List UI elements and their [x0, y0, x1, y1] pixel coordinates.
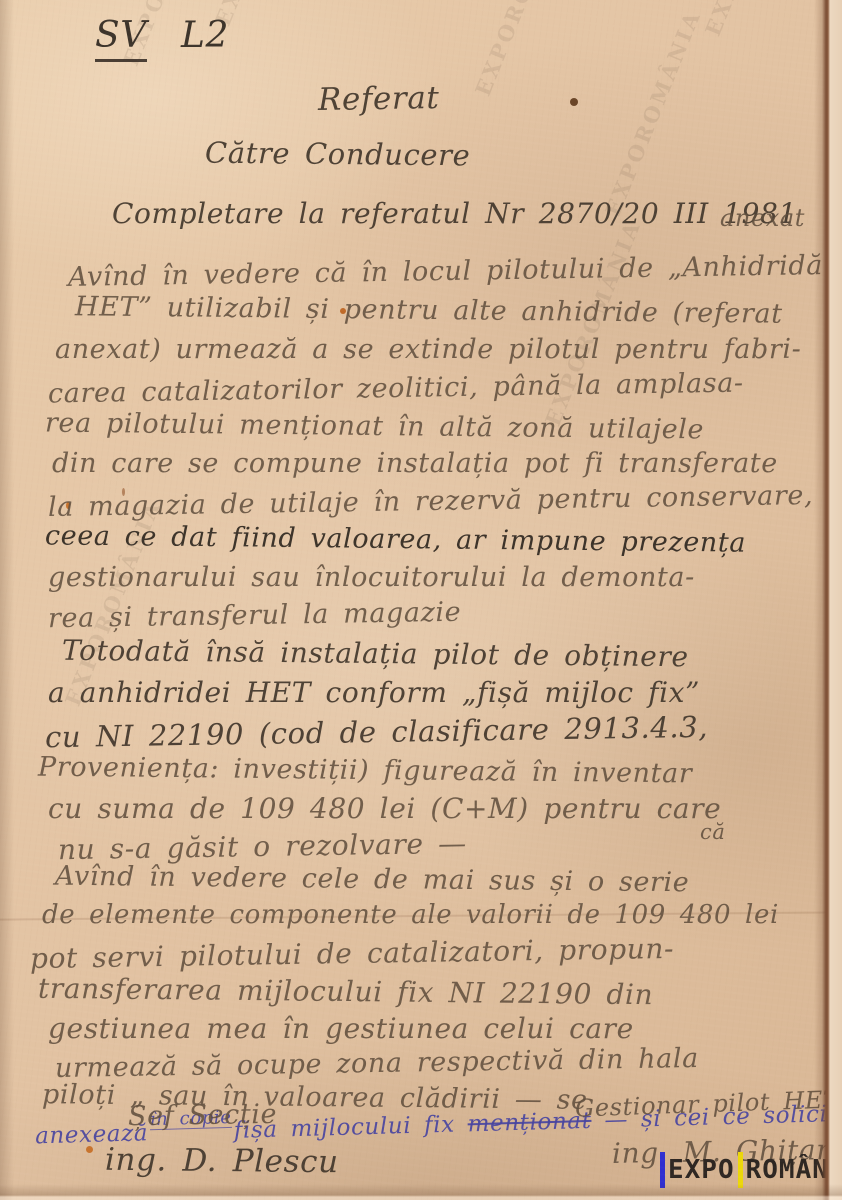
- inserted-word: că: [700, 822, 725, 843]
- handwritten-line: transferarea mijlocului fix NI 22190 din: [38, 975, 653, 1009]
- handwritten-line: cu NI 22190 (cod de clasificare 2913.4.3…: [45, 713, 708, 752]
- watermark-text: EXPOROMÂNIA: [700, 0, 806, 39]
- handwritten-line: carea catalizatorilor zeolitici, până la…: [48, 370, 744, 408]
- handwritten-line: cu suma de 109 480 lei (C+M) pentru care: [48, 795, 721, 823]
- corner-notation: SV L2: [95, 18, 229, 54]
- handwritten-line: gestionarului sau înlocuitorului la demo…: [48, 564, 695, 591]
- handwritten-line: HET” utilizabil și pentru alte anhidride…: [75, 293, 783, 327]
- flag-bar-blue: [660, 1152, 665, 1188]
- paper-edge-left: [0, 0, 14, 1200]
- watermark-text: EXPOROMÂNIA: [470, 0, 576, 99]
- doc-subject: Completare la referatul Nr 2870/20 III 1…: [112, 200, 797, 228]
- handwritten-line: gestiunea mea în gestiunea celui care: [48, 1015, 634, 1043]
- logo-word-expo: EXPO: [668, 1155, 735, 1185]
- handwritten-line: piloți „ sau în valoarea clădirii — se: [42, 1081, 588, 1114]
- handwritten-line: de elemente componente ale valorii de 10…: [42, 902, 779, 928]
- handwritten-line: nu s-a găsit o rezolvare —: [58, 830, 467, 864]
- watermark-text: EXPOROMÂNIA: [600, 6, 706, 219]
- handwritten-line: din care se compune instalația pot fi tr…: [52, 450, 778, 477]
- corner-notation-l2: L2: [181, 15, 229, 56]
- paper-edge-right: [814, 0, 842, 1200]
- handwritten-line: Avînd în vedere cele de mai sus și o ser…: [55, 863, 690, 897]
- handwritten-line: Proveniența: investiții) figurează în in…: [38, 754, 693, 788]
- handwritten-line: pot servi pilotului de catalizatori, pro…: [30, 935, 674, 973]
- signature-left-name: ing. D. Plescu: [105, 1145, 339, 1178]
- blue-note-struck-word: menționat: [467, 1108, 592, 1137]
- handwritten-line: Avînd în vedere că în locul pilotului de…: [68, 252, 823, 291]
- handwritten-line: rea pilotului menționat în altă zonă uti…: [45, 410, 704, 444]
- scanned-document: EXPOROMÂNIA EXPOROMÂNIA EXPOROMÂNIA EXPO…: [0, 0, 842, 1200]
- handwritten-line: Totodată însă instalația pilot de obține…: [62, 637, 689, 672]
- handwritten-line: anexat) urmează a se extinde pilotul pen…: [55, 336, 801, 363]
- handwritten-line: la magazia de utilaje în rezervă pentru …: [48, 482, 814, 521]
- handwritten-line: a anhidridei HET conform „fișă mijloc fi…: [48, 679, 700, 707]
- handwritten-line: ceea ce dat fiind valoarea, ar impune pr…: [45, 522, 746, 556]
- doc-subject-suffix: anexat: [720, 206, 805, 230]
- paper-edge-bottom: [0, 1184, 842, 1200]
- corner-notation-sv: SV: [95, 15, 147, 62]
- signature-left-role: Șef Secție: [128, 1101, 278, 1130]
- handwritten-line: rea și transferul la magazie: [48, 599, 462, 632]
- paper-speck: [570, 98, 578, 106]
- doc-addressee: Către Conducere: [205, 139, 471, 171]
- handwritten-line: urmează să ocupe zona respectivă din hal…: [55, 1045, 699, 1082]
- flag-bar-yellow: [738, 1152, 743, 1188]
- doc-title: Referat: [318, 83, 440, 116]
